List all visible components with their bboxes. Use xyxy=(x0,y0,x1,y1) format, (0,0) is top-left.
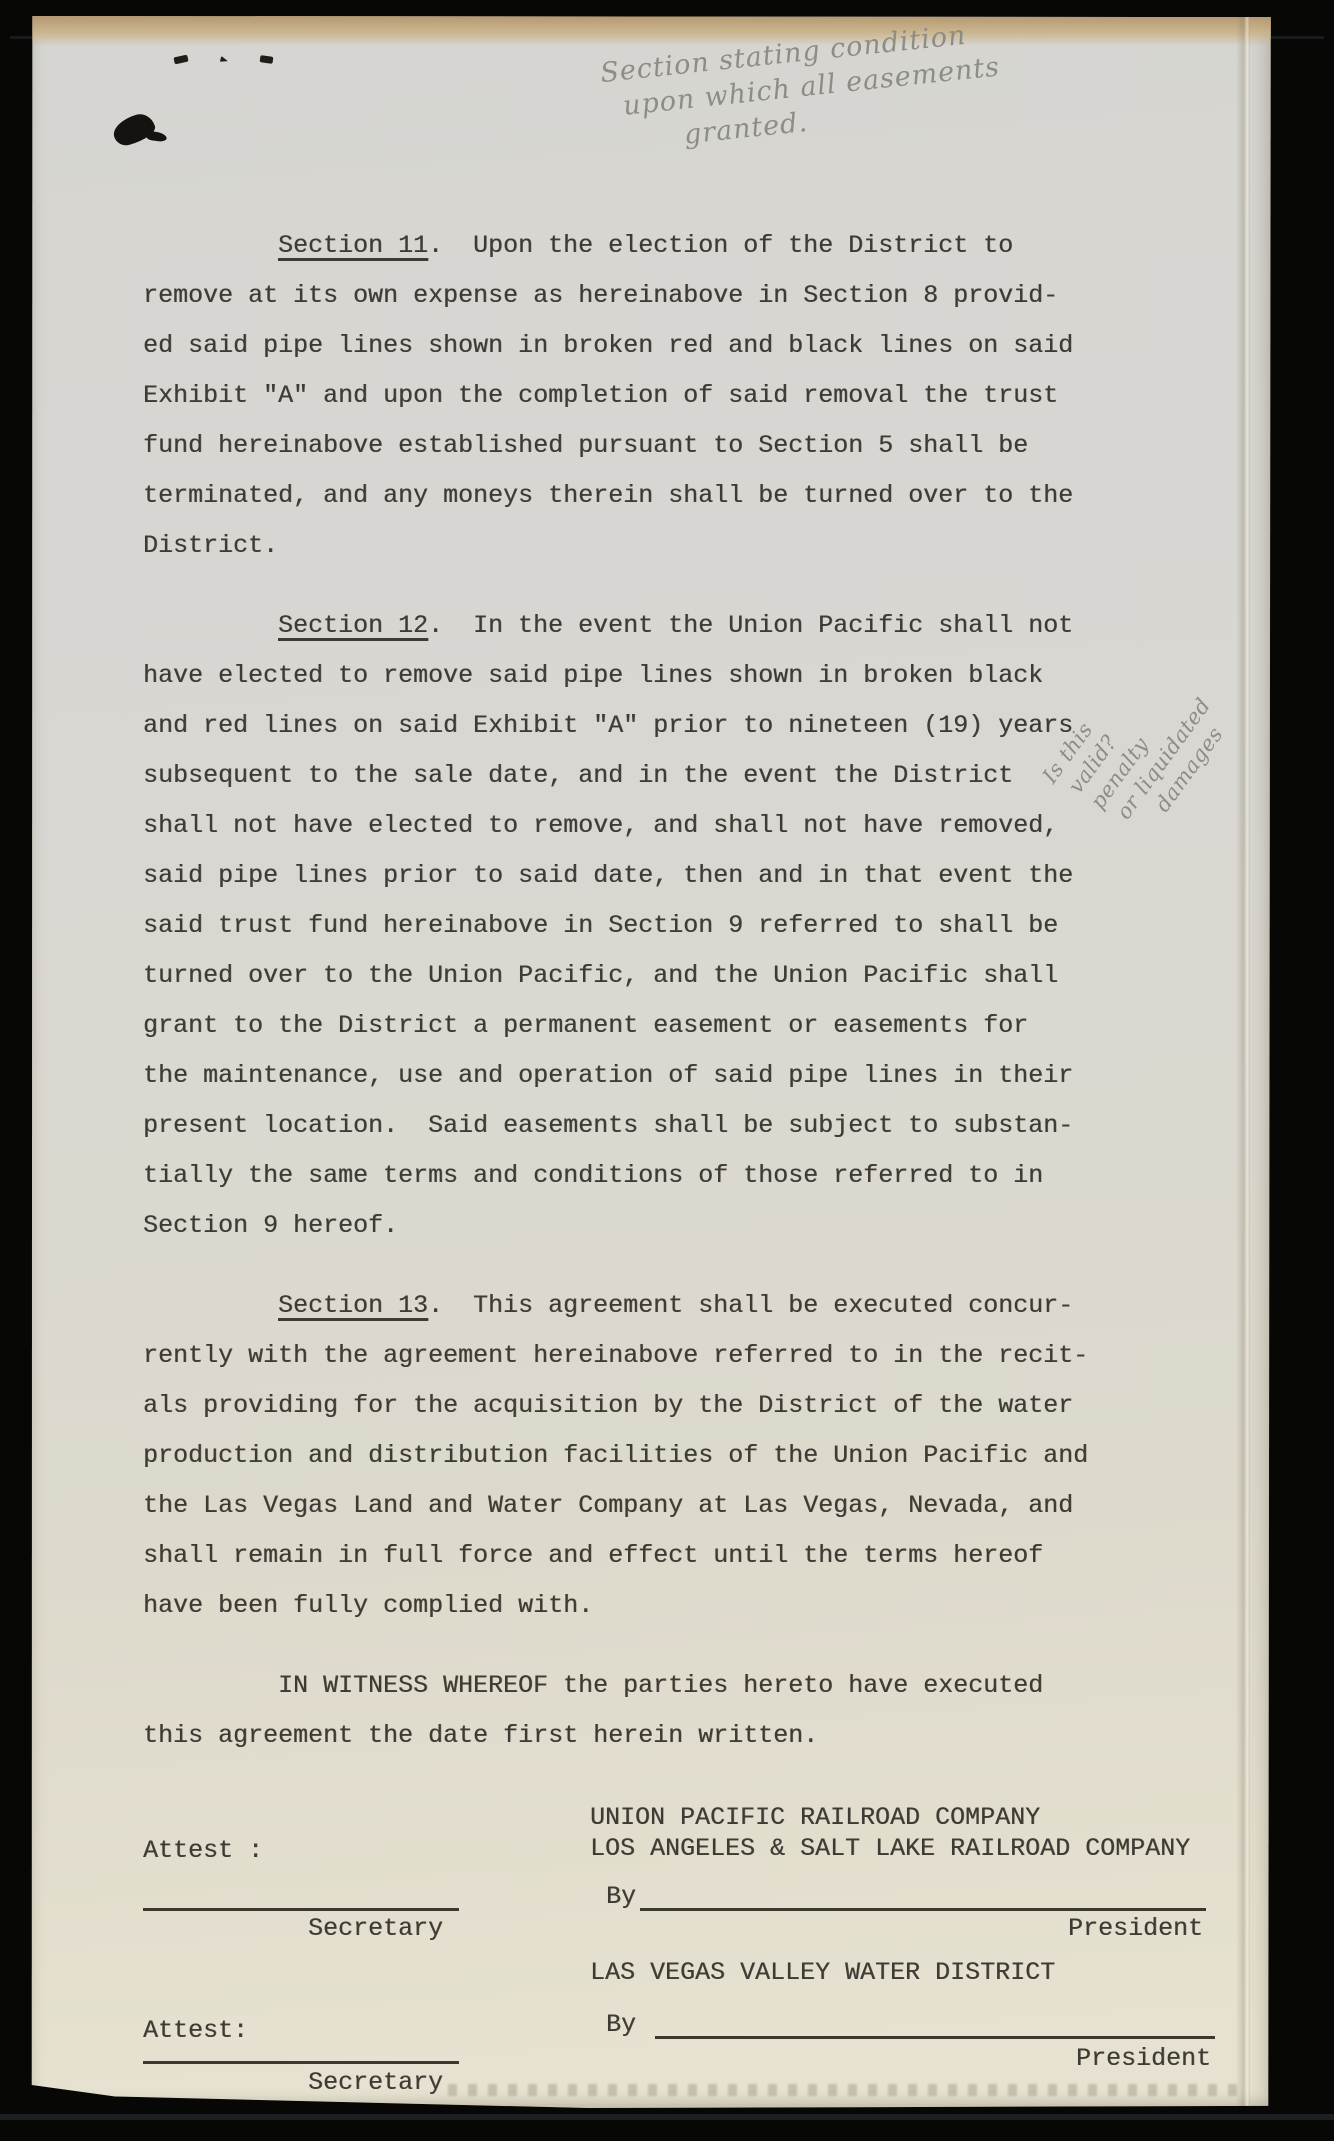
document-body: Section 11. Upon the election of the Dis… xyxy=(143,221,1148,1791)
section-11-paragraph: Section 11. Upon the election of the Dis… xyxy=(143,221,1148,571)
section-11-text: . Upon the election of the District to r… xyxy=(143,231,1073,560)
witness-clause-text: IN WITNESS WHEREOF the parties hereto ha… xyxy=(143,1671,1043,1750)
section-13-heading: Section 13 xyxy=(278,1291,428,1320)
stray-ink-marks xyxy=(174,54,294,66)
document-page: Section stating condition upon which all… xyxy=(28,16,1272,2108)
paper-tanned-top-edge xyxy=(28,16,1272,46)
signature-line-president-1 xyxy=(640,1908,1206,1911)
paper-right-crease xyxy=(1236,16,1250,2108)
section-13-paragraph: Section 13. This agreement shall be exec… xyxy=(143,1281,1148,1631)
company-1-line-2: LOS ANGELES & SALT LAKE RAILROAD COMPANY xyxy=(590,1834,1190,1863)
photo-frame-edge-bottom xyxy=(0,2114,1334,2120)
attest-label-1: Attest : xyxy=(143,1836,263,1866)
by-label-2: By xyxy=(606,2010,636,2040)
section-12-text: . In the event the Union Pacific shall n… xyxy=(143,611,1073,1240)
signature-line-secretary-1 xyxy=(143,1908,459,1911)
stray-mark xyxy=(260,55,274,64)
by-label-1: By xyxy=(606,1882,636,1912)
section-12-heading: Section 12 xyxy=(278,611,428,640)
president-label-1: President xyxy=(1068,1914,1203,1944)
section-12-paragraph: Section 12. In the event the Union Pacif… xyxy=(143,601,1148,1251)
section-13-text: . This agreement shall be executed concu… xyxy=(143,1291,1088,1620)
stray-mark xyxy=(219,56,229,64)
ink-blot xyxy=(110,111,158,149)
company-names-union-pacific: UNION PACIFIC RAILROAD COMPANY LOS ANGEL… xyxy=(590,1802,1190,1864)
stray-mark xyxy=(173,55,188,65)
section-11-heading: Section 11 xyxy=(278,231,428,260)
attest-label-2: Attest: xyxy=(143,2016,248,2046)
company-name-lvvwd: LAS VEGAS VALLEY WATER DISTRICT xyxy=(590,1958,1055,1988)
bleed-through-marks xyxy=(448,2084,1248,2096)
president-label-2: President xyxy=(1076,2044,1211,2074)
signature-line-secretary-2 xyxy=(143,2061,459,2064)
signature-line-president-2 xyxy=(655,2036,1215,2039)
secretary-label-2: Secretary xyxy=(308,2068,443,2098)
witness-clause: IN WITNESS WHEREOF the parties hereto ha… xyxy=(143,1661,1148,1761)
secretary-label-1: Secretary xyxy=(308,1914,443,1944)
company-1-line-1: UNION PACIFIC RAILROAD COMPANY xyxy=(590,1803,1040,1832)
